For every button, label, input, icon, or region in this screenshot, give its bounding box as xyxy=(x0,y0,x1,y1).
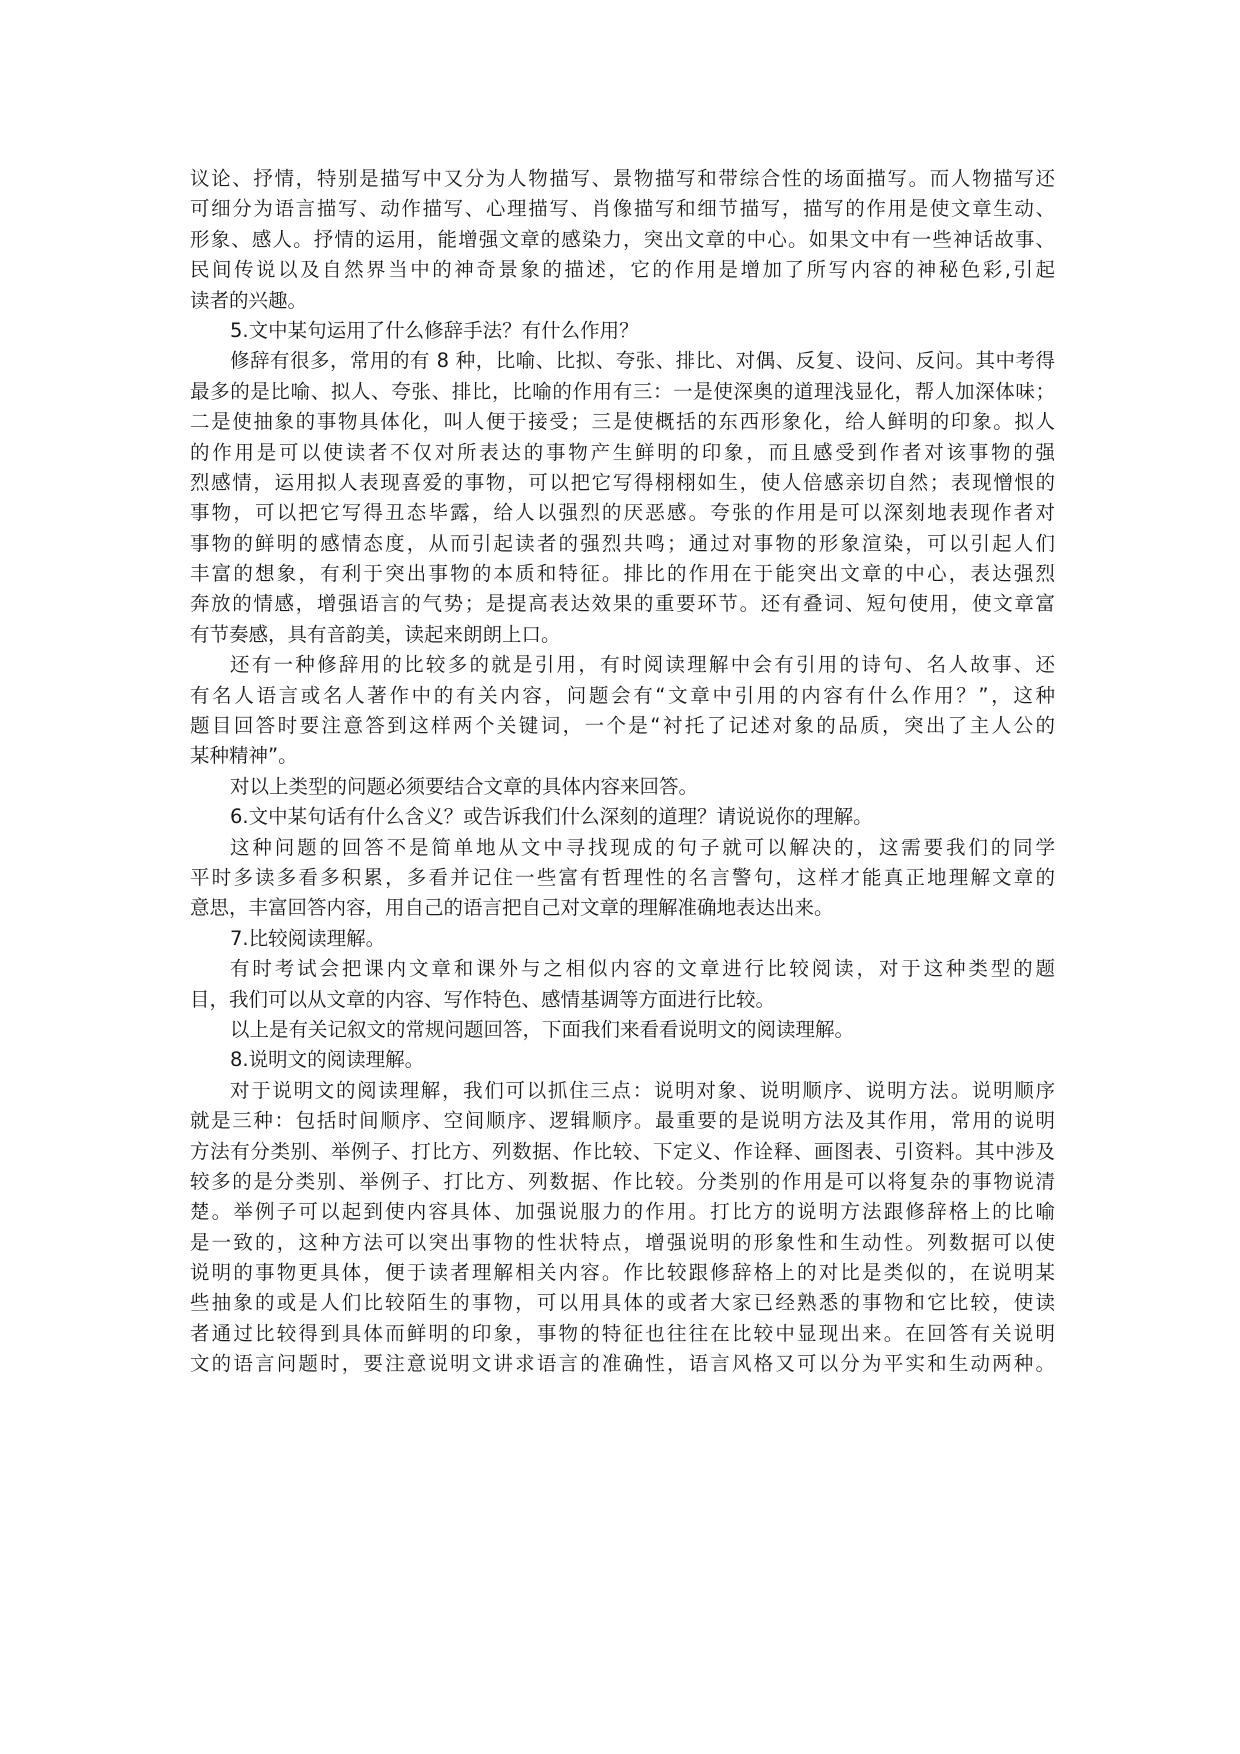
paragraph-summary: 对以上类型的问题必须要结合文章的具体内容来回答。 xyxy=(190,772,1055,802)
text-line: 些抽象的或是人们比较陌生的事物，可以用具体的或者大家已经熟悉的事物和它比较，使读 xyxy=(190,1288,1055,1318)
text-line: 较多的是分类别、举例子、打比方、列数据、作比较。分类别的作用是可以将复杂的事物说… xyxy=(190,1167,1055,1197)
paragraph-meaning: 这种问题的回答不是简单地从文中寻找现成的句子就可以解决的，这需要我们的同学 平时… xyxy=(190,833,1055,924)
text-line: 平时多读多看多积累，多看并记住一些富有哲理性的名言警句，这样才能真正地理解文章的 xyxy=(190,863,1055,893)
paragraph-expository: 对于说明文的阅读理解，我们可以抓住三点：说明对象、说明顺序、说明方法。说明顺序 … xyxy=(190,1076,1055,1380)
section-heading-8: 8.说明文的阅读理解。 xyxy=(190,1045,1055,1075)
heading-text: 5.文中某句运用了什么修辞手法？有什么作用？ xyxy=(190,316,1055,346)
section-heading-5: 5.文中某句运用了什么修辞手法？有什么作用？ xyxy=(190,316,1055,346)
text-line: 事物，可以把它写得丑态毕露，给人以强烈的厌恶感。夸张的作用是可以深刻地表现作者对 xyxy=(190,498,1055,528)
heading-text: 6.文中某句话有什么含义？或告诉我们什么深刻的道理？请说说你的理解。 xyxy=(190,802,1055,832)
text-line: 议论、抒情，特别是描写中又分为人物描写、景物描写和带综合性的场面描写。而人物描写… xyxy=(190,164,1055,194)
paragraph-transition: 以上是有关记叙文的常规问题回答，下面我们来看看说明文的阅读理解。 xyxy=(190,1015,1055,1045)
heading-text: 7.比较阅读理解。 xyxy=(190,924,1055,954)
text-line: 烈感情，运用拟人表现喜爱的事物，可以把它写得栩栩如生，使人倍感亲切自然；表现憎恨… xyxy=(190,468,1055,498)
text-line: 有时考试会把课内文章和课外与之相似内容的文章进行比较阅读，对于这种类型的题 xyxy=(190,954,1055,984)
text-line: 以上是有关记叙文的常规问题回答，下面我们来看看说明文的阅读理解。 xyxy=(190,1015,1055,1045)
text-line: 是一致的，这种方法可以突出事物的性状特点，增强说明的形象性和生动性。列数据可以使 xyxy=(190,1228,1055,1258)
text-line: 对以上类型的问题必须要结合文章的具体内容来回答。 xyxy=(190,772,1055,802)
text-line: 奔放的情感，增强语言的气势；是提高表达效果的重要环节。还有叠词、短句使用，使文章… xyxy=(190,589,1055,619)
text-line: 可细分为语言描写、动作描写、心理描写、肖像描写和细节描写，描写的作用是使文章生动… xyxy=(190,194,1055,224)
text-line: 最多的是比喻、拟人、夸张、排比，比喻的作用有三：一是使深奥的道理浅显化，帮人加深… xyxy=(190,377,1055,407)
text-line: 还有一种修辞用的比较多的就是引用，有时阅读理解中会有引用的诗句、名人故事、还 xyxy=(190,650,1055,680)
text-line: 说明的事物更具体，便于读者理解相关内容。作比较跟修辞格上的对比是类似的，在说明某 xyxy=(190,1258,1055,1288)
heading-text: 8.说明文的阅读理解。 xyxy=(190,1045,1055,1075)
section-heading-6: 6.文中某句话有什么含义？或告诉我们什么深刻的道理？请说说你的理解。 xyxy=(190,802,1055,832)
text-line: 丰富的想象，有利于突出事物的本质和特征。排比的作用在于能突出文章的中心，表达强烈 xyxy=(190,559,1055,589)
paragraph-comparison: 有时考试会把课内文章和课外与之相似内容的文章进行比较阅读，对于这种类型的题 目，… xyxy=(190,954,1055,1015)
text-line: 事物的鲜明的感情态度，从而引起读者的强烈共鸣；通过对事物的形象渲染，可以引起人们 xyxy=(190,529,1055,559)
text-line: 某种精神”。 xyxy=(190,741,1055,771)
text-line: 意思，丰富回答内容，用自己的语言把自己对文章的理解准确地表达出来。 xyxy=(190,893,1055,923)
text-line: 二是使抽象的事物具体化，叫人便于接受；三是使概括的东西形象化，给人鲜明的印象。拟… xyxy=(190,407,1055,437)
text-line: 有节奏感，具有音韵美，读起来朗朗上口。 xyxy=(190,620,1055,650)
text-line: 的作用是可以使读者不仅对所表达的事物产生鲜明的印象，而且感受到作者对该事物的强 xyxy=(190,438,1055,468)
text-line: 这种问题的回答不是简单地从文中寻找现成的句子就可以解决的，这需要我们的同学 xyxy=(190,833,1055,863)
text-line: 形象、感人。抒情的运用，能增强文章的感染力，突出文章的中心。如果文中有一些神话故… xyxy=(190,225,1055,255)
text-line: 目，我们可以从文章的内容、写作特色、感情基调等方面进行比较。 xyxy=(190,985,1055,1015)
paragraph-rhetoric: 修辞有很多，常用的有 8 种，比喻、比拟、夸张、排比、对偶、反复、设问、反问。其… xyxy=(190,346,1055,650)
document-page: 议论、抒情，特别是描写中又分为人物描写、景物描写和带综合性的场面描写。而人物描写… xyxy=(190,164,1055,1380)
text-line: 有名人语言或名人著作中的有关内容，问题会有“文章中引用的内容有什么作用？”，这种 xyxy=(190,681,1055,711)
text-line: 修辞有很多，常用的有 8 种，比喻、比拟、夸张、排比、对偶、反复、设问、反问。其… xyxy=(190,346,1055,376)
text-line: 民间传说以及自然界当中的神奇景象的描述，它的作用是增加了所写内容的神秘色彩,引起 xyxy=(190,255,1055,285)
text-line: 题目回答时要注意答到这样两个关键词，一个是“衬托了记述对象的品质，突出了主人公的 xyxy=(190,711,1055,741)
text-line: 者通过比较得到具体而鲜明的印象，事物的特征也往往在比较中显现出来。在回答有关说明 xyxy=(190,1319,1055,1349)
text-line: 楚。举例子可以起到使内容具体、加强说服力的作用。打比方的说明方法跟修辞格上的比喻 xyxy=(190,1197,1055,1227)
text-line: 就是三种：包括时间顺序、空间顺序、逻辑顺序。最重要的是说明方法及其作用，常用的说… xyxy=(190,1106,1055,1136)
paragraph-intro-continuation: 议论、抒情，特别是描写中又分为人物描写、景物描写和带综合性的场面描写。而人物描写… xyxy=(190,164,1055,316)
section-heading-7: 7.比较阅读理解。 xyxy=(190,924,1055,954)
text-line: 读者的兴趣。 xyxy=(190,286,1055,316)
text-line: 文的语言问题时，要注意说明文讲求语言的准确性，语言风格又可以分为平实和生动两种。 xyxy=(190,1349,1055,1379)
text-line: 方法有分类别、举例子、打比方、列数据、作比较、下定义、作诠释、画图表、引资料。其… xyxy=(190,1137,1055,1167)
paragraph-quotation: 还有一种修辞用的比较多的就是引用，有时阅读理解中会有引用的诗句、名人故事、还 有… xyxy=(190,650,1055,772)
text-line: 对于说明文的阅读理解，我们可以抓住三点：说明对象、说明顺序、说明方法。说明顺序 xyxy=(190,1076,1055,1106)
